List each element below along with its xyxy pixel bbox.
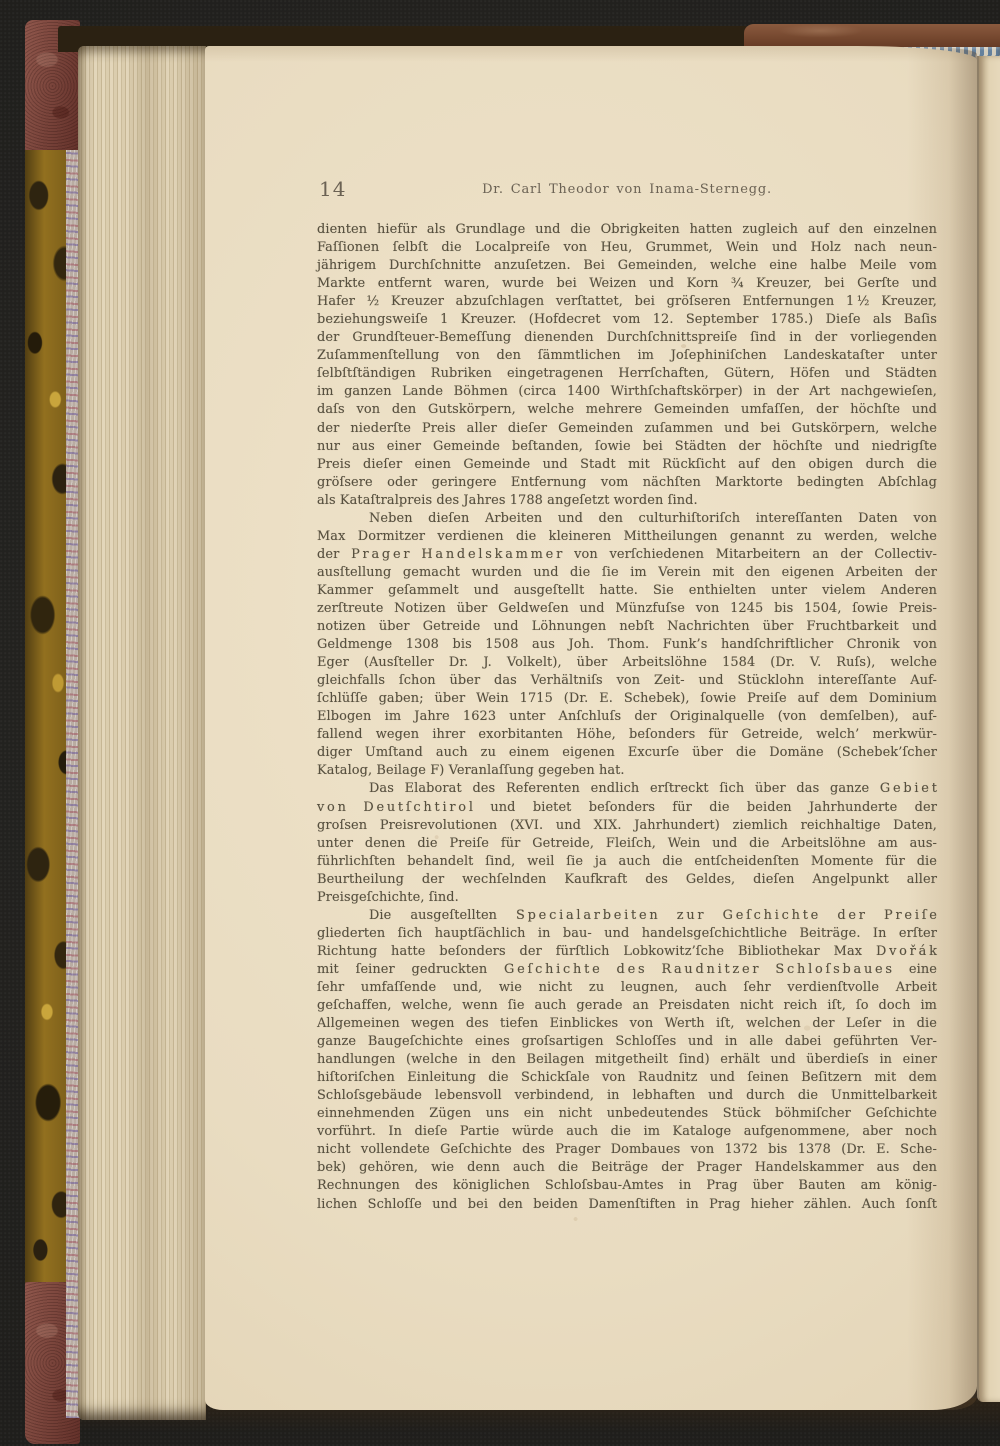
text-line: unter denen die Preiſe für Getreide, Fle… bbox=[317, 835, 937, 853]
page-header: 14 Dr. Carl Theodor von Inama-Sternegg. bbox=[317, 177, 937, 201]
text-line: der P r a g e r H a n d e l s k a m m e … bbox=[317, 546, 937, 564]
book-photo: 14 Dr. Carl Theodor von Inama-Sternegg. … bbox=[0, 0, 1000, 1446]
text-line: ſehr umfaſſende und, wie nicht zu leugne… bbox=[317, 979, 937, 997]
text-line: dienten hiefür als Grundlage und die Obr… bbox=[317, 221, 937, 239]
text-line: diger Umſtand auch zu einem eigenen Excu… bbox=[317, 744, 937, 762]
text-line: führlichſten behandelt ſind, weil ſie ja… bbox=[317, 853, 937, 871]
text-line: nur aus einer Gemeinde beſtanden, ſowie … bbox=[317, 438, 937, 456]
text-line: hiſtoriſchen Einleitung die Schickſale v… bbox=[317, 1069, 937, 1087]
body-text: dienten hiefür als Grundlage und die Obr… bbox=[317, 221, 937, 1214]
text-line: im ganzen Lande Böhmen (circa 1400 Wirth… bbox=[317, 383, 937, 401]
text-line: gliederten ſich hauptſächlich in bau- un… bbox=[317, 925, 937, 943]
text-line: lichen Schloſſe und bei den beiden Damen… bbox=[317, 1196, 937, 1214]
facing-page-sliver bbox=[977, 56, 1000, 1402]
text-line: Geldmenge 1308 bis 1508 aus Joh. Thom. F… bbox=[317, 636, 937, 654]
text-line: Eger (Ausſteller Dr. J. Volkelt), über A… bbox=[317, 654, 937, 672]
text-line: Elbogen im Jahre 1623 unter Anſchluſs de… bbox=[317, 708, 937, 726]
text-line: Katalog, Beilage F) Veranlaſſung gegeben… bbox=[317, 762, 937, 780]
text-line: Preis dieſer einen Gemeinde und Stadt mi… bbox=[317, 456, 937, 474]
text-line: notizen über Getreide und Löhnungen nebſ… bbox=[317, 618, 937, 636]
text-line: geſchaffen, welche, wenn ſie auch gerade… bbox=[317, 997, 937, 1015]
text-line: einnehmenden Zügen uns ein nicht unbedeu… bbox=[317, 1105, 937, 1123]
text-line: zerſtreute Notizen über Geldweſen und Mü… bbox=[317, 600, 937, 618]
text-line: Schloſsgebäude lebensvoll verbindend, in… bbox=[317, 1087, 937, 1105]
text-line: ganze Baugeſchichte eines groſsartigen S… bbox=[317, 1033, 937, 1051]
text-line: beziehungsweiſe 1 Kreuzer. (Hofdecret vo… bbox=[317, 311, 937, 329]
text-line: handlungen (welche in den Beilagen mitge… bbox=[317, 1051, 937, 1069]
text-line: Richtung hatte beſonders der fürſtlich L… bbox=[317, 943, 937, 961]
text-line: Markte entfernt waren, wurde bei Weizen … bbox=[317, 275, 937, 293]
text-line: Neben dieſen Arbeiten und den culturhiſt… bbox=[317, 510, 937, 528]
text-line: jährigem Durchſchnitte anzuſetzen. Bei G… bbox=[317, 257, 937, 275]
printed-content: 14 Dr. Carl Theodor von Inama-Sternegg. … bbox=[317, 0, 937, 1446]
text-line: Preisgeſchichte, ſind. bbox=[317, 889, 937, 907]
text-line: Kammer geſammelt und ausgeſtellt hatte. … bbox=[317, 582, 937, 600]
text-line: daſs von den Gutskörpern, welche mehrere… bbox=[317, 401, 937, 419]
text-line: Allgemeinen wegen des tiefen Einblickes … bbox=[317, 1015, 937, 1033]
text-line: bek) gehören, wie denn auch die Beiträge… bbox=[317, 1159, 937, 1177]
text-line: nicht vollendete Geſchichte des Prager D… bbox=[317, 1141, 937, 1159]
text-line: Beurtheilung der wechſelnden Kaufkraft d… bbox=[317, 871, 937, 889]
text-line: Die ausgeſtellten S p e c i a l a r b e … bbox=[317, 907, 937, 925]
text-line: Rechnungen des königlichen Schloſsbau-Am… bbox=[317, 1177, 937, 1195]
text-line: Zuſammenſtellung von den ſämmtlichen im … bbox=[317, 347, 937, 365]
text-line: als Kataſtralpreis des Jahres 1788 angeſ… bbox=[317, 492, 937, 510]
text-line: gröſsere oder geringere Entfernung vom n… bbox=[317, 474, 937, 492]
text-line: ſchlüſſe gaben; über Wein 1715 (Dr. E. S… bbox=[317, 690, 937, 708]
running-header: Dr. Carl Theodor von Inama-Sternegg. bbox=[317, 182, 937, 197]
text-line: Hafer ½ Kreuzer abzuſchlagen verſtattet,… bbox=[317, 293, 937, 311]
text-line: ausſtellung gemacht wurden und die ſie i… bbox=[317, 564, 937, 582]
text-line: ſelbſtſtändigen Rubriken eingetragenen H… bbox=[317, 365, 937, 383]
text-line: Faſſionen ſelbſt die Localpreiſe von Heu… bbox=[317, 239, 937, 257]
text-line: gleichfalls ſchon über das Verhältniſs v… bbox=[317, 672, 937, 690]
text-line: der Grundſteuer-Bemeſſung dienenden Durc… bbox=[317, 329, 937, 347]
text-line: v o n D e u t ſ c h t i r o l und bietet… bbox=[317, 799, 937, 817]
text-line: vorführt. In dieſe Partie würde auch die… bbox=[317, 1123, 937, 1141]
page-edges-stack bbox=[78, 46, 206, 1420]
text-line: Das Elaborat des Referenten endlich erſt… bbox=[317, 780, 937, 798]
text-line: mit ſeiner gedruckten G e ſ c h i c h t … bbox=[317, 961, 937, 979]
text-line: fallend wegen ihrer exorbitanten Höhe, b… bbox=[317, 726, 937, 744]
text-line: groſsen Preisrevolutionen (XVI. und XIX.… bbox=[317, 817, 937, 835]
text-line: Max Dormitzer verdienen die kleineren Mi… bbox=[317, 528, 937, 546]
text-line: der niederſte Preis aller dieſer Gemeind… bbox=[317, 420, 937, 438]
